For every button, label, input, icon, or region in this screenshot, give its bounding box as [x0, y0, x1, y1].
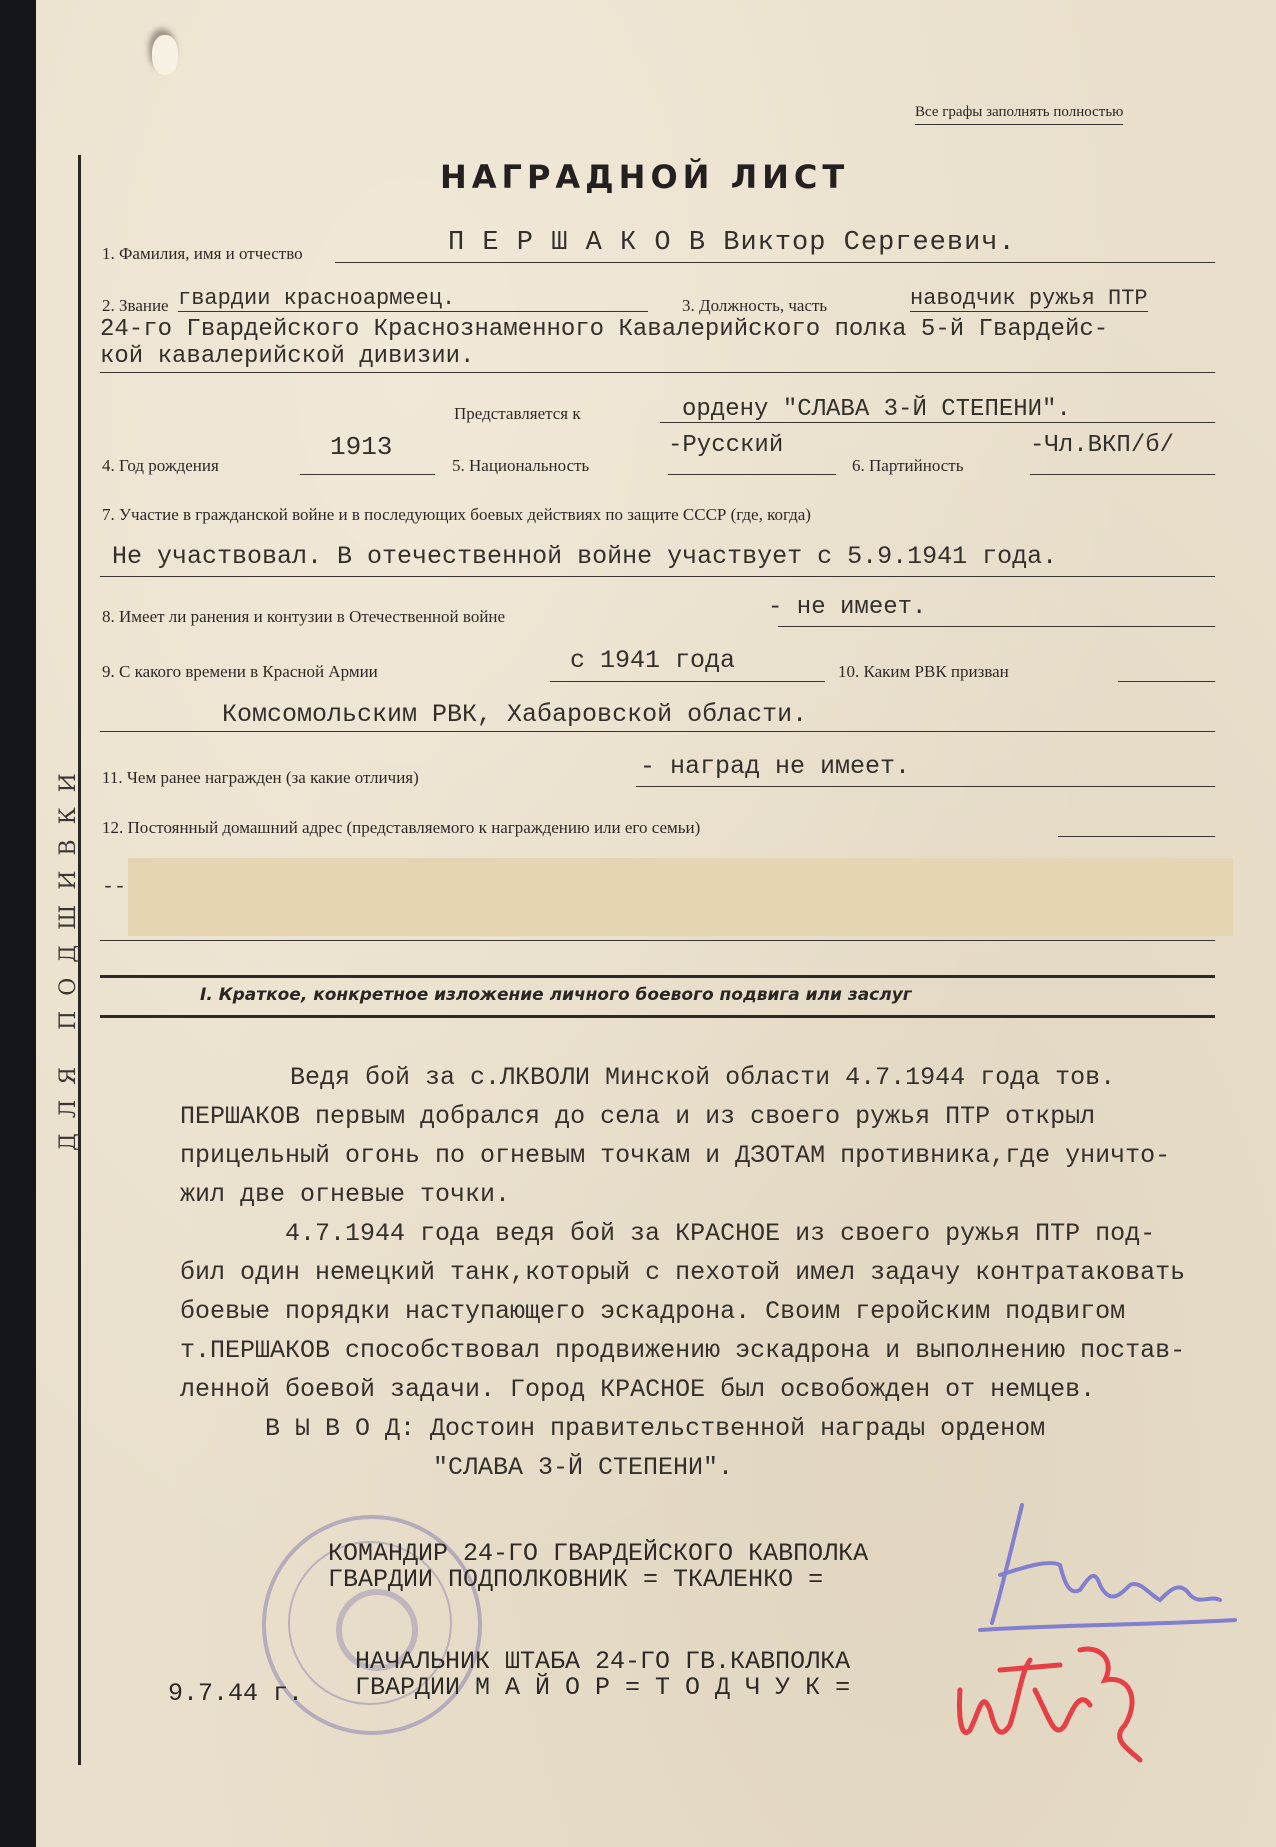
punch-hole [152, 35, 178, 75]
field-11-value: - наград не имеет. [640, 752, 910, 781]
narrative-line: жил две огневые точки. [180, 1175, 1260, 1214]
commander-signature [970, 1495, 1250, 1645]
field-10-value: Комсомольским РВК, Хабаровской области. [222, 700, 807, 729]
narrative-line: ленной боевой задачи. Город КРАСНОЕ был … [180, 1370, 1260, 1409]
redacted-address [128, 858, 1233, 936]
field-11-line [636, 786, 1215, 787]
field-3-value: наводчик ружья ПТР [910, 286, 1148, 312]
narrative-line: бил один немецкий танк,который с пехотой… [180, 1253, 1260, 1292]
field-12-label: 12. Постоянный домашний адрес (представл… [102, 818, 700, 838]
chief-of-staff-signature [940, 1630, 1180, 1770]
chief-of-staff-name: ГВАРДИИ М А Й О Р = Т О Д Ч У К = [355, 1674, 850, 1702]
field-6-label: 6. Партийность [852, 456, 963, 476]
field-12-line [1058, 836, 1215, 837]
award-label: Представляется к [454, 404, 581, 424]
section-bottom-rule [100, 1015, 1215, 1018]
narrative-line: ПЕРШАКОВ первым добрался до села и из св… [180, 1097, 1260, 1136]
field-10-line [1118, 681, 1215, 682]
field-7-label: 7. Участие в гражданской войне и в после… [102, 505, 811, 525]
field-3-continued-1: 24-го Гвардейского Краснознаменного Кава… [100, 316, 1108, 343]
field-5-label: 5. Национальность [452, 456, 589, 476]
merit-description: Ведя бой за с.ЛКВОЛИ Минской области 4.7… [180, 1058, 1260, 1487]
commander-name: ГВАРДИИ ПОДПОЛКОВНИК = ТКАЛЕНКО = [328, 1566, 823, 1594]
field-12-value: -- [102, 876, 126, 899]
field-3-label: 3. Должность, часть [682, 296, 827, 316]
field-10-label: 10. Каким РВК призван [838, 662, 1009, 682]
field-11-label: 11. Чем ранее награжден (за какие отличи… [102, 768, 419, 788]
field-9-value: с 1941 года [570, 646, 735, 675]
instruction-note: Все графы заполнять полностью [915, 104, 1123, 125]
narrative-line: прицельный огонь по огневым точкам и ДЗО… [180, 1136, 1260, 1175]
field-1-label: 1. Фамилия, имя и отчество [102, 244, 303, 264]
field-2-label: 2. Звание [102, 296, 169, 316]
field-2-value: гвардии красноармеец. [178, 286, 648, 312]
field-3-line [100, 372, 1215, 373]
field-9-label: 9. С какого времени в Красной Армии [102, 662, 378, 682]
field-7-line [100, 576, 1215, 577]
sign-date: 9.7.44 г. [168, 1680, 303, 1708]
narrative-line: т.ПЕРШАКОВ способствовал продвижению эск… [180, 1331, 1260, 1370]
narrative-line: боевые порядки наступающего эскадрона. С… [180, 1292, 1260, 1331]
field-5-value: -Русский [668, 432, 783, 459]
field-10-line-2 [100, 731, 1215, 732]
field-6-value: -Чл.ВКП/б/ [1030, 432, 1174, 459]
chief-of-staff-title: НАЧАЛЬНИК ШТАБА 24-ГО ГВ.КАВПОЛКА [355, 1648, 850, 1676]
field-8-value: - не имеет. [768, 594, 926, 621]
field-9-line [550, 681, 825, 682]
commander-title: КОМАНДИР 24-ГО ГВАРДЕЙСКОГО КАВПОЛКА [328, 1540, 868, 1568]
conclusion-line: "СЛАВА 3-Й СТЕПЕНИ". [180, 1448, 1260, 1487]
field-12-line-2 [100, 940, 1215, 941]
field-3-continued-2: кой кавалерийской дивизии. [100, 343, 474, 370]
narrative-line: Ведя бой за с.ЛКВОЛИ Минской области 4.7… [180, 1058, 1260, 1097]
scan-edge [0, 0, 36, 1847]
field-4-line [300, 474, 435, 475]
narrative-line: 4.7.1944 года ведя бой за КРАСНОЕ из сво… [180, 1214, 1260, 1253]
field-6-line [1030, 474, 1215, 475]
field-4-value: 1913 [330, 432, 392, 462]
field-5-line [668, 474, 836, 475]
field-8-label: 8. Имеет ли ранения и контузии в Отечест… [102, 607, 505, 627]
field-1-line [335, 262, 1215, 263]
document-title: НАГРАДНОЙ ЛИСТ [440, 158, 849, 196]
section-title: I. Краткое, конкретное изложение личного… [200, 985, 912, 1005]
field-8-line [778, 626, 1215, 627]
field-7-value: Не участвовал. В отечественной войне уча… [112, 542, 1057, 571]
field-4-label: 4. Год рождения [102, 456, 219, 476]
section-top-rule [100, 975, 1215, 978]
binding-margin-label: ДЛЯ ПОДШИВКИ [56, 720, 96, 1190]
field-1-value: П Е Р Ш А К О В Виктор Сергеевич. [448, 228, 1016, 258]
award-value: ордену "СЛАВА 3-Й СТЕПЕНИ". [682, 396, 1071, 423]
conclusion-line: В Ы В О Д: Достоин правительственной наг… [180, 1409, 1260, 1448]
